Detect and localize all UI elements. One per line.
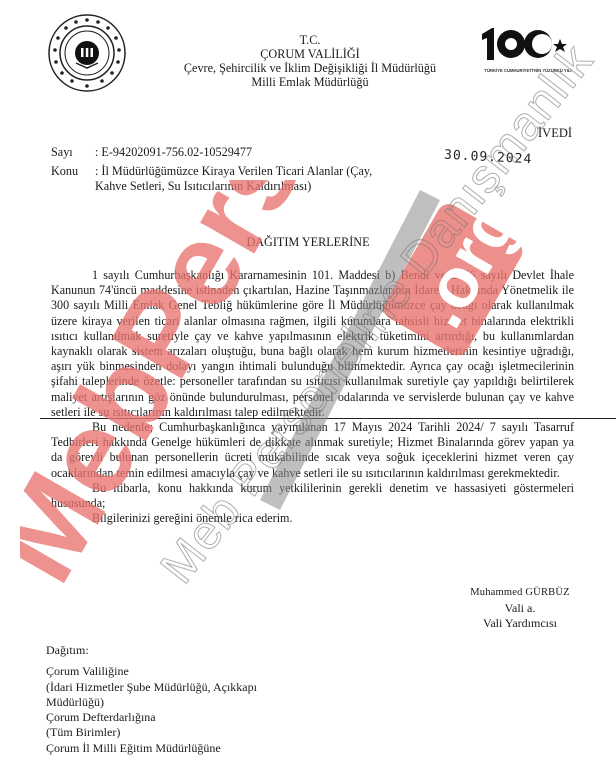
- konu-label: Konu: [51, 164, 95, 179]
- distribution-heading: Dağıtım:: [46, 643, 257, 658]
- body-paragraph-3: Bu itibarla, konu hakkında kurum yetkili…: [51, 481, 574, 511]
- header-department: Milli Emlak Müdürlüğü: [150, 75, 470, 89]
- official-letter: T.C. ÇORUM VALİLİĞİ Çevre, Şehircilik ve…: [0, 0, 616, 769]
- sayi-label: Sayı: [51, 145, 95, 160]
- body-paragraph-1: 1 sayılı Cumhurbaşkanlığı Kararnamesinin…: [51, 268, 574, 420]
- distribution-list: Dağıtım: Çorum Valiliğine (İdari Hizmetl…: [46, 643, 257, 756]
- distribution-item: Çorum İl Milli Eğitim Müdürlüğüne: [46, 741, 257, 756]
- header-directorate: Çevre, Şehircilik ve İklim Değişikliği İ…: [150, 61, 470, 75]
- body-paragraph-4: Bilgilerinizi gereğini önemle rica ederi…: [51, 511, 574, 526]
- institution-header: T.C. ÇORUM VALİLİĞİ Çevre, Şehircilik ve…: [150, 33, 470, 89]
- distribution-item: (İdari Hizmetler Şube Müdürlüğü, Açıkkap…: [46, 680, 257, 695]
- signature-block: Muhammed GÜRBÜZ Vali a. Vali Yardımcısı: [440, 585, 600, 632]
- signer-name: Muhammed GÜRBÜZ: [440, 585, 600, 601]
- urgency-label: İVEDİ: [538, 126, 572, 141]
- signer-title: Vali Yardımcısı: [440, 616, 600, 632]
- distribution-item: Çorum Defterdarlığına: [46, 710, 257, 725]
- konu-value: : İl Müdürlüğümüzce Kiraya Verilen Ticar…: [95, 164, 375, 193]
- letter-body: 1 sayılı Cumhurbaşkanlığı Kararnamesinin…: [51, 268, 574, 526]
- distribution-item: Müdürlüğü): [46, 695, 257, 710]
- addressee-heading: DAĞITIM YERLERİNE: [0, 235, 616, 250]
- handwritten-date: 30.09.2024: [444, 148, 533, 168]
- sayi-value: : E-94202091-756.02-10529477: [95, 145, 252, 160]
- distribution-item: (Tüm Birimler): [46, 725, 257, 740]
- horizontal-rule: [40, 418, 616, 419]
- header-governorship: ÇORUM VALİLİĞİ: [150, 47, 470, 61]
- distribution-item: Çorum Valiliğine: [46, 664, 257, 679]
- body-paragraph-2: Bu nedenle; Cumhurbaşkanlığınca yayımlan…: [51, 420, 574, 481]
- header-tc: T.C.: [150, 33, 470, 47]
- signer-on-behalf: Vali a.: [440, 601, 600, 617]
- republic-100-year-logo-icon: TÜRKİYE CUMHURİYETİ'NİN YÜZÜNCÜ YILI: [478, 24, 578, 80]
- svg-text:TÜRKİYE CUMHURİYETİ'NİN YÜZÜNC: TÜRKİYE CUMHURİYETİ'NİN YÜZÜNCÜ YILI: [484, 68, 571, 73]
- ministry-seal-icon: [47, 13, 127, 93]
